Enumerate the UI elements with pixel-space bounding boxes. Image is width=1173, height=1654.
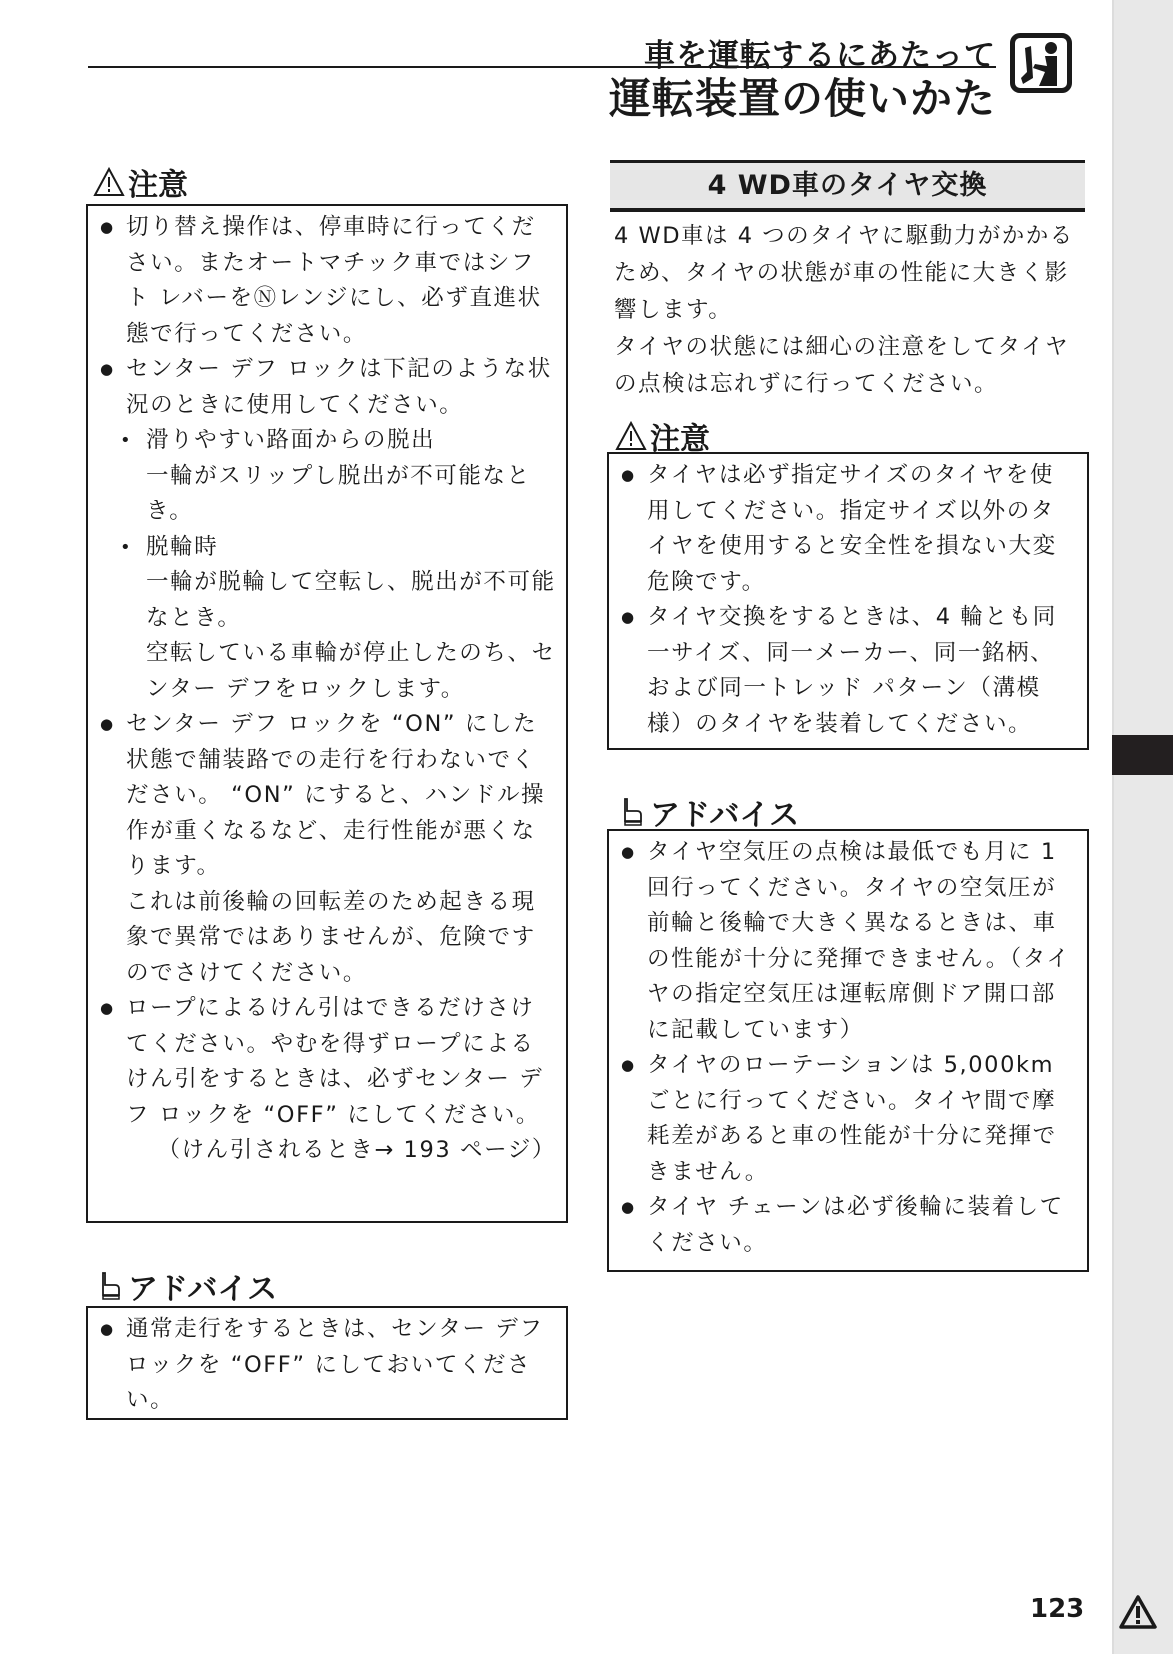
sub-item-body: 一輪がスリップし脱出が不可能なとき。 <box>100 459 556 530</box>
warning-triangle-icon <box>92 165 126 199</box>
sub-bullet: • <box>120 423 132 459</box>
advice-box-right: タイヤ空気圧の点検は最低でも月に 1 回行ってください。タイヤの空気圧が前輪と後… <box>607 829 1089 1272</box>
page-reference-link[interactable]: （けん引されるとき→ 193 ページ） <box>100 1133 556 1169</box>
advice-item: 通常走行をするときは、センター デフ ロックを “OFF” にしておいてください… <box>100 1312 556 1419</box>
advice-heading-left: アドバイス <box>92 1264 277 1308</box>
caution-item: センター デフ ロックは下記のような状況のときに使用してください。 <box>100 352 556 423</box>
caution-box-left: 切り替え操作は、停車時に行ってください。またオートマチック車ではシフト レバーを… <box>86 204 568 1223</box>
advice-item: タイヤ チェーンは必ず後輪に装着してください。 <box>621 1190 1077 1261</box>
side-margin-strip <box>1112 0 1173 1654</box>
advice-item: タイヤ空気圧の点検は最低でも月に 1 回行ってください。タイヤの空気圧が前輪と後… <box>621 835 1077 1048</box>
caution-item: タイヤは必ず指定サイズのタイヤを使用してください。指定サイズ以外のタイヤを使用す… <box>621 458 1077 600</box>
advice-item: タイヤのローテーションは 5,000kmごとに行ってください。タイヤ間で摩耗差が… <box>621 1048 1077 1190</box>
intro-paragraph: 4 WD車は 4 つのタイヤに駆動力がかかるため、タイヤの状態が車の性能に大きく… <box>614 218 1089 329</box>
advice-heading-right: アドバイス <box>614 790 799 834</box>
driver-steering-icon <box>1010 33 1072 93</box>
sub-item-body: 空転している車輪が停止したのち、センター デフをロックします。 <box>100 636 556 707</box>
page-title: 運転装置の使いかた <box>609 66 996 126</box>
advice-box-left: 通常走行をするときは、センター デフ ロックを “OFF” にしておいてください… <box>86 1306 568 1420</box>
sub-item-body: 一輪が脱輪して空転し、脱出が不可能なとき。 <box>100 565 556 636</box>
caution-heading-left: 注意 <box>92 160 188 204</box>
sub-item: •滑りやすい路面からの脱出 <box>100 423 556 459</box>
caution-item: 切り替え操作は、停車時に行ってください。またオートマチック車ではシフト レバーを… <box>100 210 556 352</box>
caution-item: タイヤ交換をするときは、4 輪とも同一サイズ、同一メーカー、同一銘柄、および同一… <box>621 600 1077 742</box>
warning-triangle-icon <box>614 419 648 453</box>
caution-item-note: これは前後輪の回転差のため起きる現象で異常ではありませんが、危険ですのでさけてく… <box>100 885 556 992</box>
sub-item: •脱輪時 <box>100 530 556 566</box>
chapter-tab <box>1112 735 1173 775</box>
pointing-hand-icon <box>614 795 648 829</box>
section-intro: 4 WD車は 4 つのタイヤに駆動力がかかるため、タイヤの状態が車の性能に大きく… <box>614 218 1089 403</box>
section-title-bar: 4 WD車のタイヤ交換 <box>610 160 1085 212</box>
warning-triangle-icon <box>1118 1594 1158 1634</box>
pointing-hand-icon <box>92 1269 126 1303</box>
caution-item: ロープによるけん引はできるだけさけてください。やむを得ずロープによるけん引をする… <box>100 991 556 1133</box>
page-number: 123 <box>1030 1594 1084 1624</box>
sub-bullet: • <box>120 530 132 566</box>
intro-paragraph: タイヤの状態には細心の注意をしてタイヤの点検は忘れずに行ってください。 <box>614 329 1089 403</box>
caution-item: センター デフ ロックを “ON” にした状態で舗装路での走行を行わないでくださ… <box>100 707 556 885</box>
caution-box-right: タイヤは必ず指定サイズのタイヤを使用してください。指定サイズ以外のタイヤを使用す… <box>607 452 1089 750</box>
